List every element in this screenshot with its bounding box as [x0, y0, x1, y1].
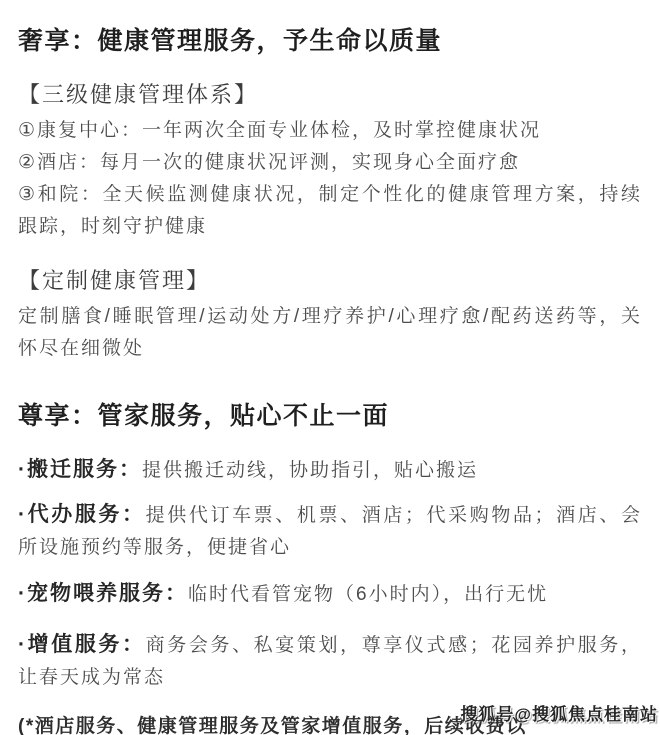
- bullet-label-value-added-service: ·增值服务：: [18, 633, 146, 656]
- tier-item-hotel: ②酒店：每月一次的健康状况评测，实现身心全面疗愈: [18, 147, 642, 179]
- bullet-label-agency-service: ·代办服务：: [18, 503, 146, 526]
- article-page: { "colors": { "background": "#ffffff", "…: [0, 0, 660, 735]
- bullet-label-moving-service: ·搬迁服务：: [18, 458, 142, 481]
- bullet-item-value-added-service: ·增值服务：商务会务、私宴策划，尊享仪式感；花园养护服务，让春天成为常态: [18, 629, 642, 694]
- article-body: 奢享：健康管理服务，予生命以质量 【三级健康管理体系】 ①康复中心：一年两次全面…: [0, 26, 660, 735]
- sohu-watermark: 搜狐号@搜狐焦点桂南站: [460, 700, 658, 725]
- tier-item-rehab-center: ①康复中心：一年两次全面专业体检，及时掌控健康状况: [18, 115, 642, 147]
- bullet-item-agency-service: ·代办服务：提供代订车票、机票、酒店；代采购物品；酒店、会所设施预约等服务，便捷…: [18, 499, 642, 564]
- bullet-label-pet-care-service: ·宠物喂养服务：: [18, 582, 188, 605]
- tier-item-heyuan: ③和院：全天候监测健康状况，制定个性化的健康管理方案，持续跟踪，时刻守护健康: [18, 179, 642, 243]
- bullet-item-moving-service: ·搬迁服务：提供搬迁动线，协助指引，贴心搬运: [18, 454, 642, 487]
- bullet-item-pet-care-service: ·宠物喂养服务：临时代看管宠物（6小时内），出行无忧: [18, 578, 642, 611]
- health-section-title: 奢享：健康管理服务，予生命以质量: [18, 26, 642, 57]
- bullet-desc-moving-service: 提供搬迁动线，协助指引，贴心搬运: [142, 460, 478, 481]
- three-tier-system-heading: 【三级健康管理体系】: [18, 81, 642, 109]
- custom-health-heading: 【定制健康管理】: [18, 267, 642, 295]
- butler-section-title: 尊享：管家服务，贴心不止一面: [18, 401, 642, 432]
- bullet-desc-pet-care-service: 临时代看管宠物（6小时内），出行无忧: [188, 584, 548, 605]
- custom-health-paragraph: 定制膳食/睡眠管理/运动处方/理疗养护/心理疗愈/配药送药等，关怀尽在细微处: [18, 301, 642, 365]
